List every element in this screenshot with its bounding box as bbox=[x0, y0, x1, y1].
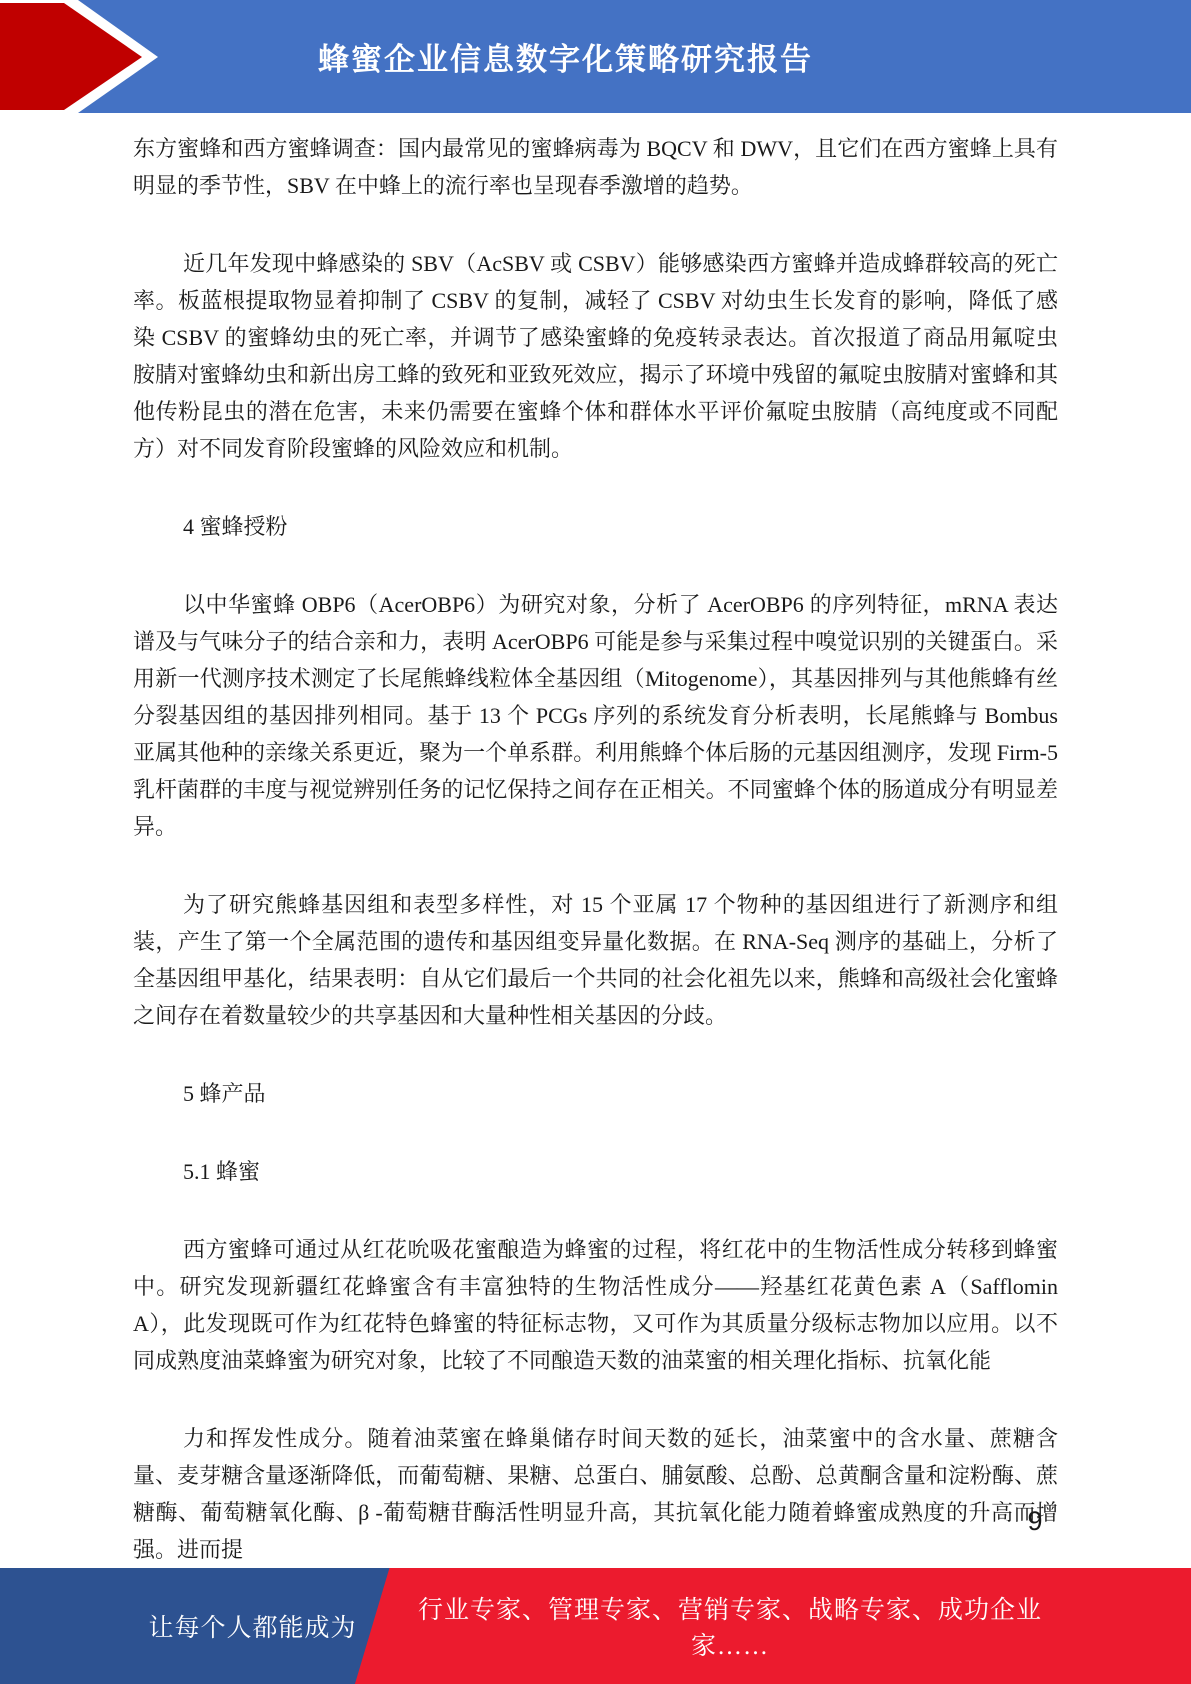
paragraph: 西方蜜蜂可通过从红花吮吸花蜜酿造为蜂蜜的过程，将红花中的生物活性成分转移到蜂蜜中… bbox=[133, 1231, 1058, 1379]
footer-banner: 让每个人都能成为 行业专家、管理专家、营销专家、战略专家、成功企业家…… bbox=[0, 1568, 1191, 1684]
page-number: 9 bbox=[1005, 1506, 1065, 1537]
paragraph: 东方蜜蜂和西方蜜蜂调查：国内最常见的蜜蜂病毒为 BQCV 和 DWV，且它们在西… bbox=[133, 130, 1058, 204]
paragraph: 以中华蜜蜂 OBP6（AcerOBP6）为研究对象，分析了 AcerOBP6 的… bbox=[133, 586, 1058, 845]
chevron-arrow-icon bbox=[0, 0, 160, 113]
body-content: 东方蜜蜂和西方蜜蜂调查：国内最常见的蜜蜂病毒为 BQCV 和 DWV，且它们在西… bbox=[133, 130, 1058, 1568]
section-heading: 5 蜂产品 bbox=[133, 1075, 1058, 1112]
footer-slogan-right: 行业专家、管理专家、营销专家、战略专家、成功企业家…… bbox=[400, 1590, 1060, 1662]
paragraph: 为了研究熊蜂基因组和表型多样性，对 15 个亚属 17 个物种的基因组进行了新测… bbox=[133, 886, 1058, 1034]
section-heading: 5.1 蜂蜜 bbox=[133, 1153, 1058, 1190]
paragraph: 近几年发现中蜂感染的 SBV（AcSBV 或 CSBV）能够感染西方蜜蜂并造成蜂… bbox=[133, 245, 1058, 467]
report-page: 蜂蜜企业信息数字化策略研究报告 东方蜜蜂和西方蜜蜂调查：国内最常见的蜜蜂病毒为 … bbox=[0, 0, 1191, 1684]
section-heading: 4 蜜蜂授粉 bbox=[133, 508, 1058, 545]
page-title: 蜂蜜企业信息数字化策略研究报告 bbox=[318, 34, 813, 79]
header-banner: 蜂蜜企业信息数字化策略研究报告 bbox=[0, 0, 1191, 113]
paragraph: 力和挥发性成分。随着油菜蜜在蜂巢储存时间天数的延长，油菜蜜中的含水量、蔗糖含量、… bbox=[133, 1420, 1058, 1568]
footer-slogan-left: 让每个人都能成为 bbox=[145, 1608, 360, 1644]
